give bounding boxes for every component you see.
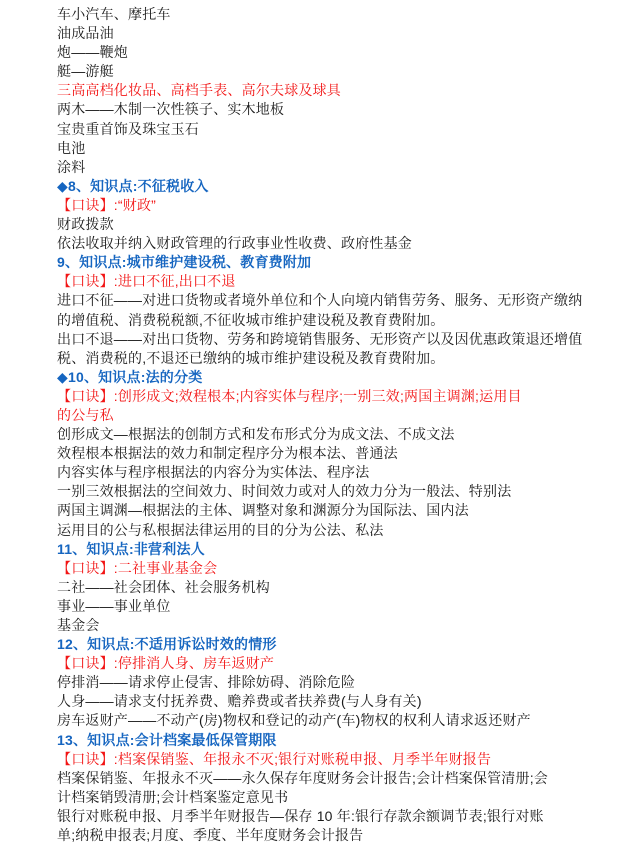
- body-line: 宝贵重首饰及珠宝玉石: [57, 120, 607, 139]
- mnemonic-line-continuation: 的公与私: [57, 406, 607, 425]
- mnemonic-line: 【口诀】:档案保销鉴、年报永不灭;银行对账税申报、月季半年财报告: [57, 750, 607, 769]
- body-line: 出口不退——对出口货物、劳务和跨境销售服务、无形资产以及因优惠政策退还增值: [57, 330, 607, 349]
- body-line: 一别三效根据法的空间效力、时间效力或对人的效力分为一般法、特别法: [57, 482, 607, 501]
- mnemonic-line: 【口诀】:停排消人身、房车返财产: [57, 654, 607, 673]
- body-line: 涂料: [57, 158, 607, 177]
- body-line: 两国主调渊—根据法的主体、调整对象和渊源分为国际法、国内法: [57, 501, 607, 520]
- body-line: 油成品油: [57, 24, 607, 43]
- body-line: 炮——鞭炮: [57, 43, 607, 62]
- body-line: 房车返财产——不动产(房)物权和登记的动产(车)物权的权利人请求返还财产: [57, 711, 607, 730]
- body-line: 两木——木制一次性筷子、实木地板: [57, 100, 607, 119]
- body-line: 单;纳税申报表;月度、季度、半年度财务会计报告: [57, 826, 607, 845]
- knowledge-point-heading-13: 13、知识点:会计档案最低保管期限: [57, 731, 607, 750]
- knowledge-point-heading-9: 9、知识点:城市维护建设税、教育费附加: [57, 253, 607, 272]
- mnemonic-line: 【口诀】:进口不征,出口不退: [57, 272, 607, 291]
- body-line: 进口不征——对进口货物或者境外单位和个人向境内销售劳务、服务、无形资产缴纳: [57, 291, 607, 310]
- body-line: 财政拨款: [57, 215, 607, 234]
- body-line: 银行对账税申报、月季半年财报告—保存 10 年:银行存款余额调节表;银行对账: [57, 807, 607, 826]
- mnemonic-line: 【口诀】:创形成文;效程根本;内容实体与程序;一别三效;两国主调渊;运用目: [57, 387, 607, 406]
- body-line: 创形成文—根据法的创制方式和发布形式分为成文法、不成文法: [57, 425, 607, 444]
- body-line: 效程根本根据法的效力和制定程序分为根本法、普通法: [57, 444, 607, 463]
- body-line: 内容实体与程序根据法的内容分为实体法、程序法: [57, 463, 607, 482]
- body-line: 停排消——请求停止侵害、排除妨碍、消除危险: [57, 673, 607, 692]
- body-line: 人身——请求支付抚养费、赡养费或者扶养费(与人身有关): [57, 692, 607, 711]
- body-line: 基金会: [57, 616, 607, 635]
- body-line: 电池: [57, 139, 607, 158]
- body-line: 依法收取并纳入财政管理的行政事业性收费、政府性基金: [57, 234, 607, 253]
- body-line: 二社——社会团体、社会服务机构: [57, 578, 607, 597]
- knowledge-point-heading-11: 11、知识点:非营利法人: [57, 540, 607, 559]
- highlighted-red-line: 三高高档化妆品、高档手表、高尔夫球及球具: [57, 81, 607, 100]
- knowledge-point-heading-12: 12、知识点:不适用诉讼时效的情形: [57, 635, 607, 654]
- body-line: 车小汽车、摩托车: [57, 5, 607, 24]
- body-line: 计档案销毁清册;会计档案鉴定意见书: [57, 788, 607, 807]
- knowledge-point-heading-8: ◆8、知识点:不征税收入: [57, 177, 607, 196]
- mnemonic-line: 【口诀】:二社事业基金会: [57, 559, 607, 578]
- body-line: 的增值税、消费税税额,不征收城市维护建设税及教育费附加。: [57, 311, 607, 330]
- body-line: 税、消费税的,不退还已缴纳的城市维护建设税及教育费附加。: [57, 349, 607, 368]
- body-line: 运用目的公与私根据法律运用的目的分为公法、私法: [57, 521, 607, 540]
- document-page: 车小汽车、摩托车 油成品油 炮——鞭炮 艇—游艇 三高高档化妆品、高档手表、高尔…: [0, 0, 637, 845]
- body-line: 艇—游艇: [57, 62, 607, 81]
- body-line: 档案保销鉴、年报永不灭——永久保存年度财务会计报告;会计档案保管清册;会: [57, 769, 607, 788]
- knowledge-point-heading-10: ◆10、知识点:法的分类: [57, 368, 607, 387]
- mnemonic-line: 【口诀】:“财政”: [57, 196, 607, 215]
- body-line: 事业——事业单位: [57, 597, 607, 616]
